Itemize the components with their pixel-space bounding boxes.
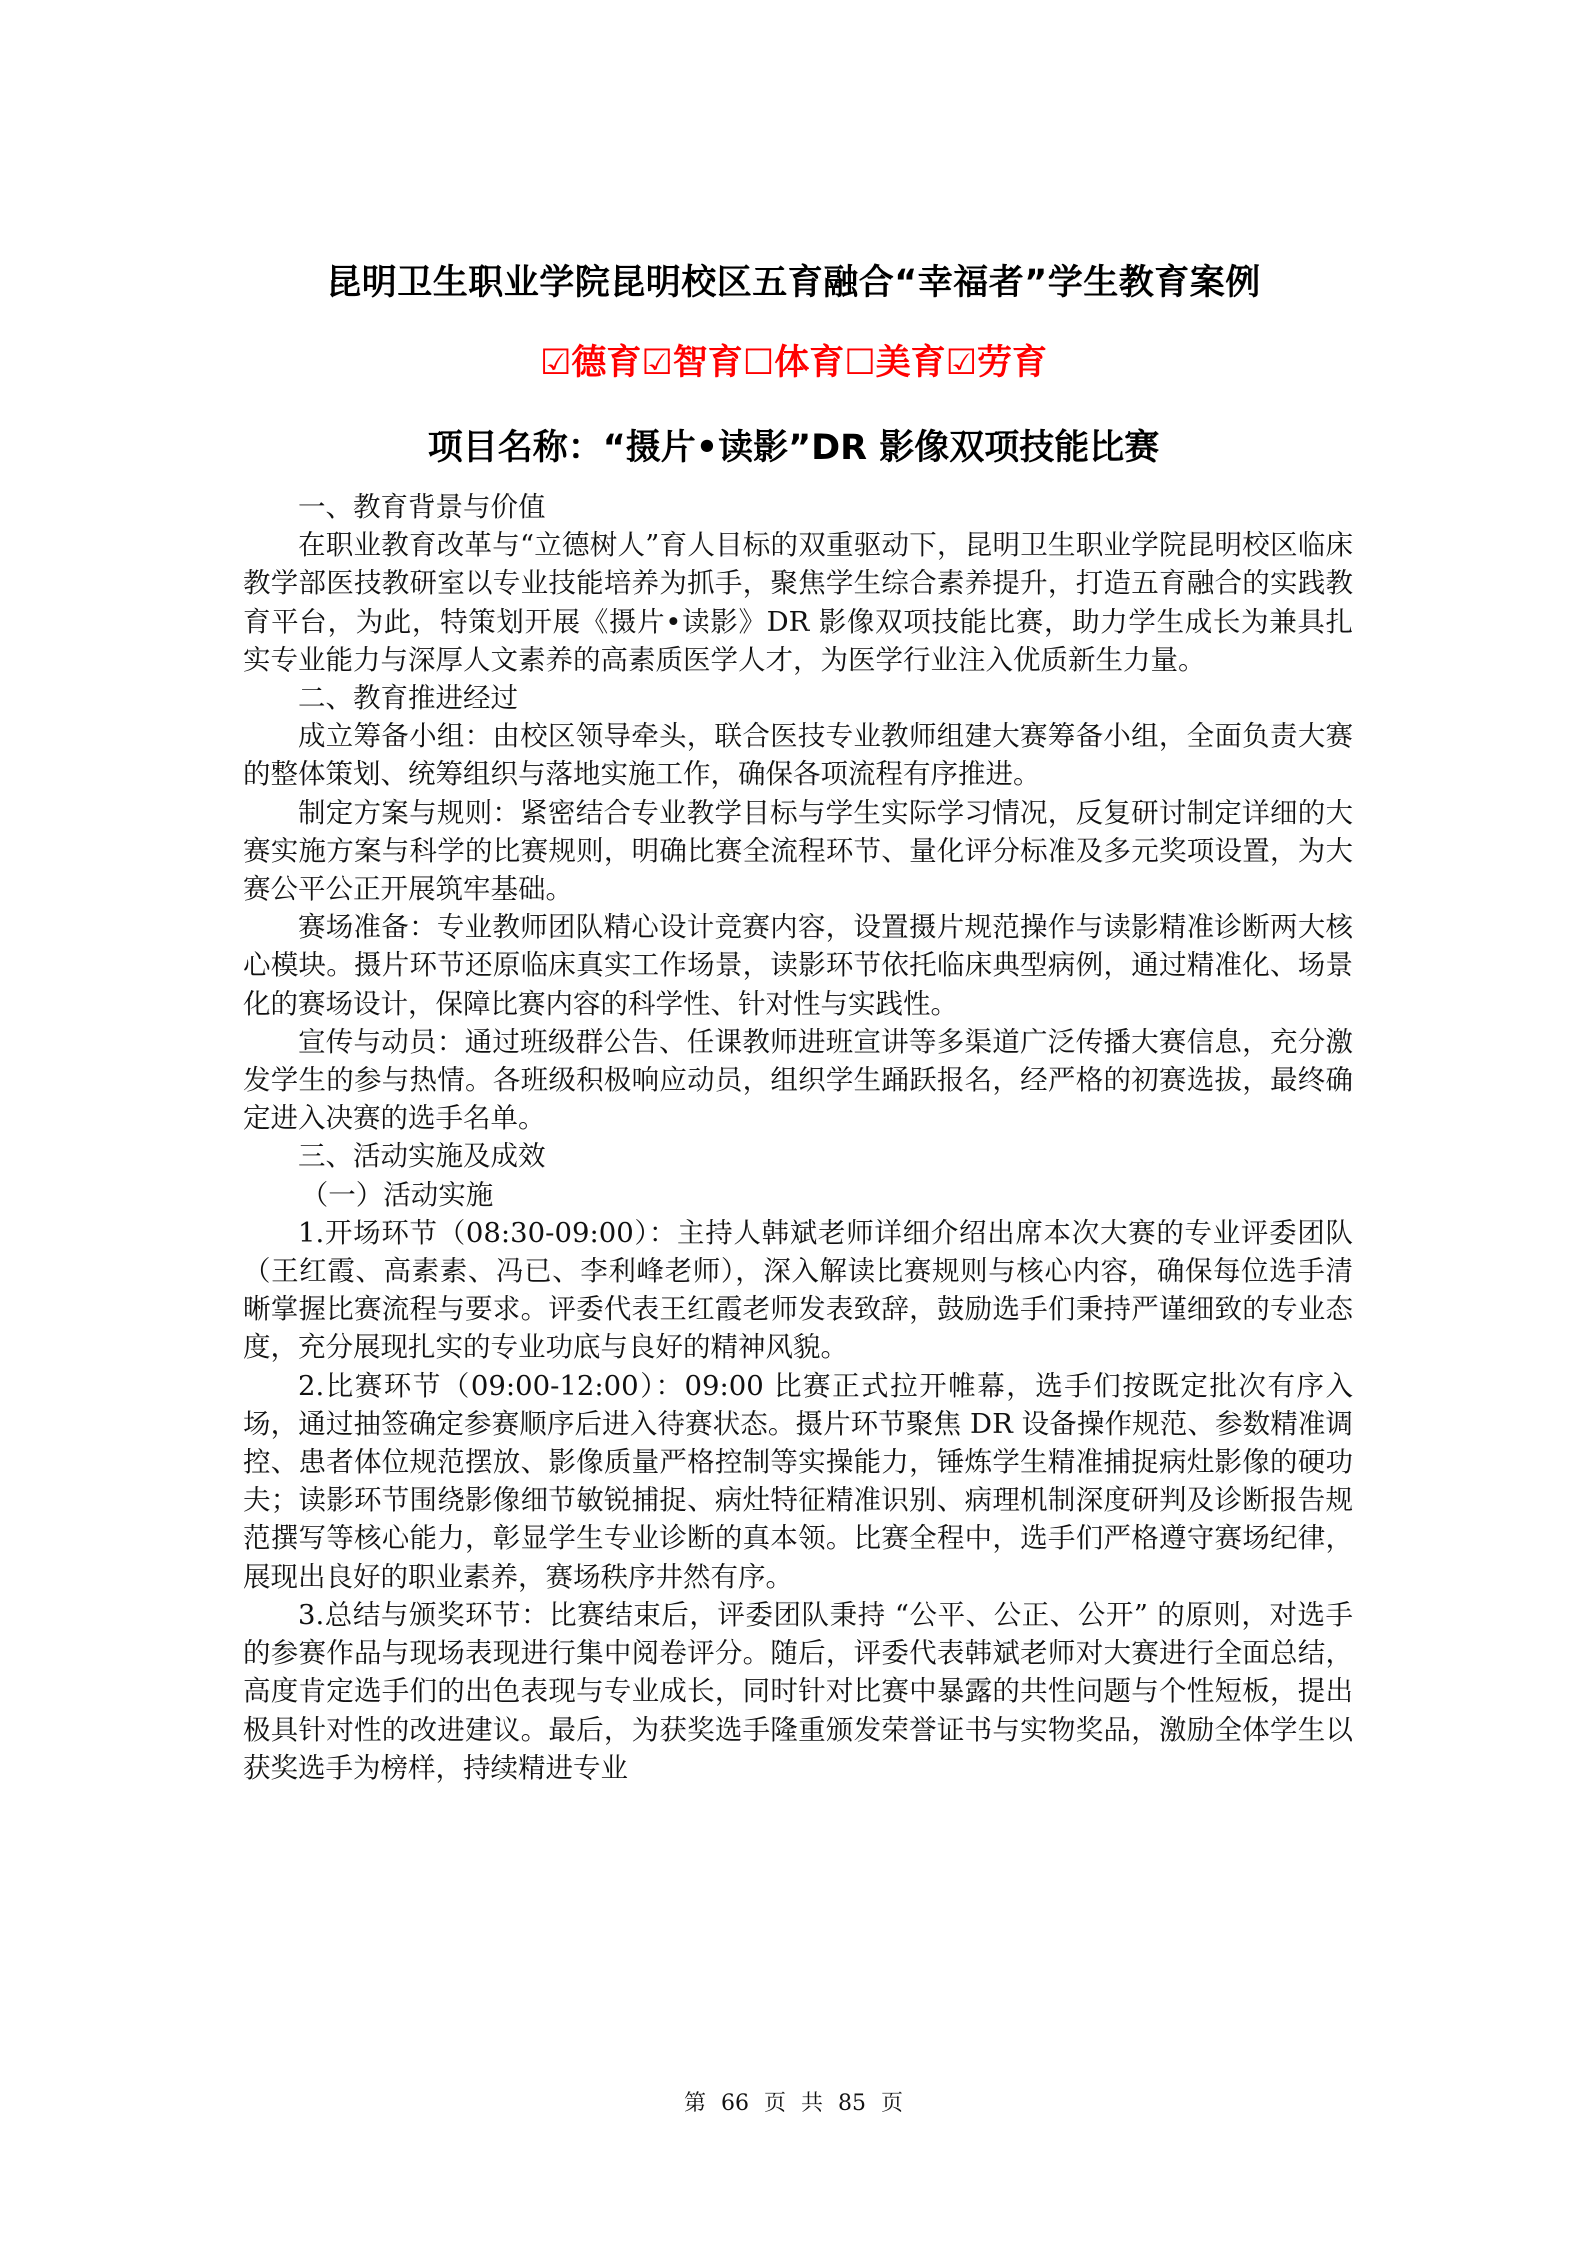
paragraph: 3.总结与颁奖环节：比赛结束后，评委团队秉持 “公平、公正、公开” 的原则，对选…	[243, 1596, 1353, 1787]
education-category-checklist: ☑德育☑智育☐体育☐美育☑劳育	[0, 335, 1587, 385]
paragraph: 在职业教育改革与“立德树人”育人目标的双重驱动下，昆明卫生职业学院昆明校区临床教…	[243, 526, 1353, 679]
checked-box-icon: ☑	[641, 343, 672, 383]
category-moral: ☑德育	[540, 343, 641, 383]
category-physical: ☐体育	[743, 343, 844, 383]
paragraph: 2.比赛环节（09:00-12:00）：09:00 比赛正式拉开帷幕，选手们按既…	[243, 1367, 1353, 1596]
checked-box-icon: ☑	[540, 343, 571, 383]
paragraph: 赛场准备：专业教师团队精心设计竞赛内容，设置摄片规范操作与读影精准诊断两大核心模…	[243, 908, 1353, 1023]
section-heading-process: 二、教育推进经过	[243, 679, 1353, 717]
paragraph: 1.开场环节（08:30-09:00）：主持人韩斌老师详细介绍出席本次大赛的专业…	[243, 1214, 1353, 1367]
project-name: 项目名称：“摄片•读影”DR 影像双项技能比赛	[0, 420, 1587, 470]
paragraph: 宣传与动员：通过班级群公告、任课教师进班宣讲等多渠道广泛传播大赛信息，充分激发学…	[243, 1023, 1353, 1138]
unchecked-box-icon: ☐	[743, 343, 774, 383]
unchecked-box-icon: ☐	[844, 343, 875, 383]
category-intellectual: ☑智育	[641, 343, 742, 383]
subsection-heading-activity: （一）活动实施	[243, 1176, 1353, 1214]
document-body: 一、教育背景与价值 在职业教育改革与“立德树人”育人目标的双重驱动下，昆明卫生职…	[243, 488, 1353, 1787]
document-title: 昆明卫生职业学院昆明校区五育融合“幸福者”学生教育案例	[0, 255, 1587, 305]
page-number-footer: 第 66 页 共 85 页	[0, 2086, 1587, 2117]
category-aesthetic: ☐美育	[844, 343, 945, 383]
checked-box-icon: ☑	[946, 343, 977, 383]
section-heading-background: 一、教育背景与价值	[243, 488, 1353, 526]
section-heading-implementation: 三、活动实施及成效	[243, 1137, 1353, 1175]
document-page: 昆明卫生职业学院昆明校区五育融合“幸福者”学生教育案例 ☑德育☑智育☐体育☐美育…	[0, 0, 1587, 2245]
paragraph: 成立筹备小组：由校区领导牵头，联合医技专业教师组建大赛筹备小组，全面负责大赛的整…	[243, 717, 1353, 793]
paragraph: 制定方案与规则：紧密结合专业教学目标与学生实际学习情况，反复研讨制定详细的大赛实…	[243, 794, 1353, 909]
category-labor: ☑劳育	[946, 343, 1047, 383]
